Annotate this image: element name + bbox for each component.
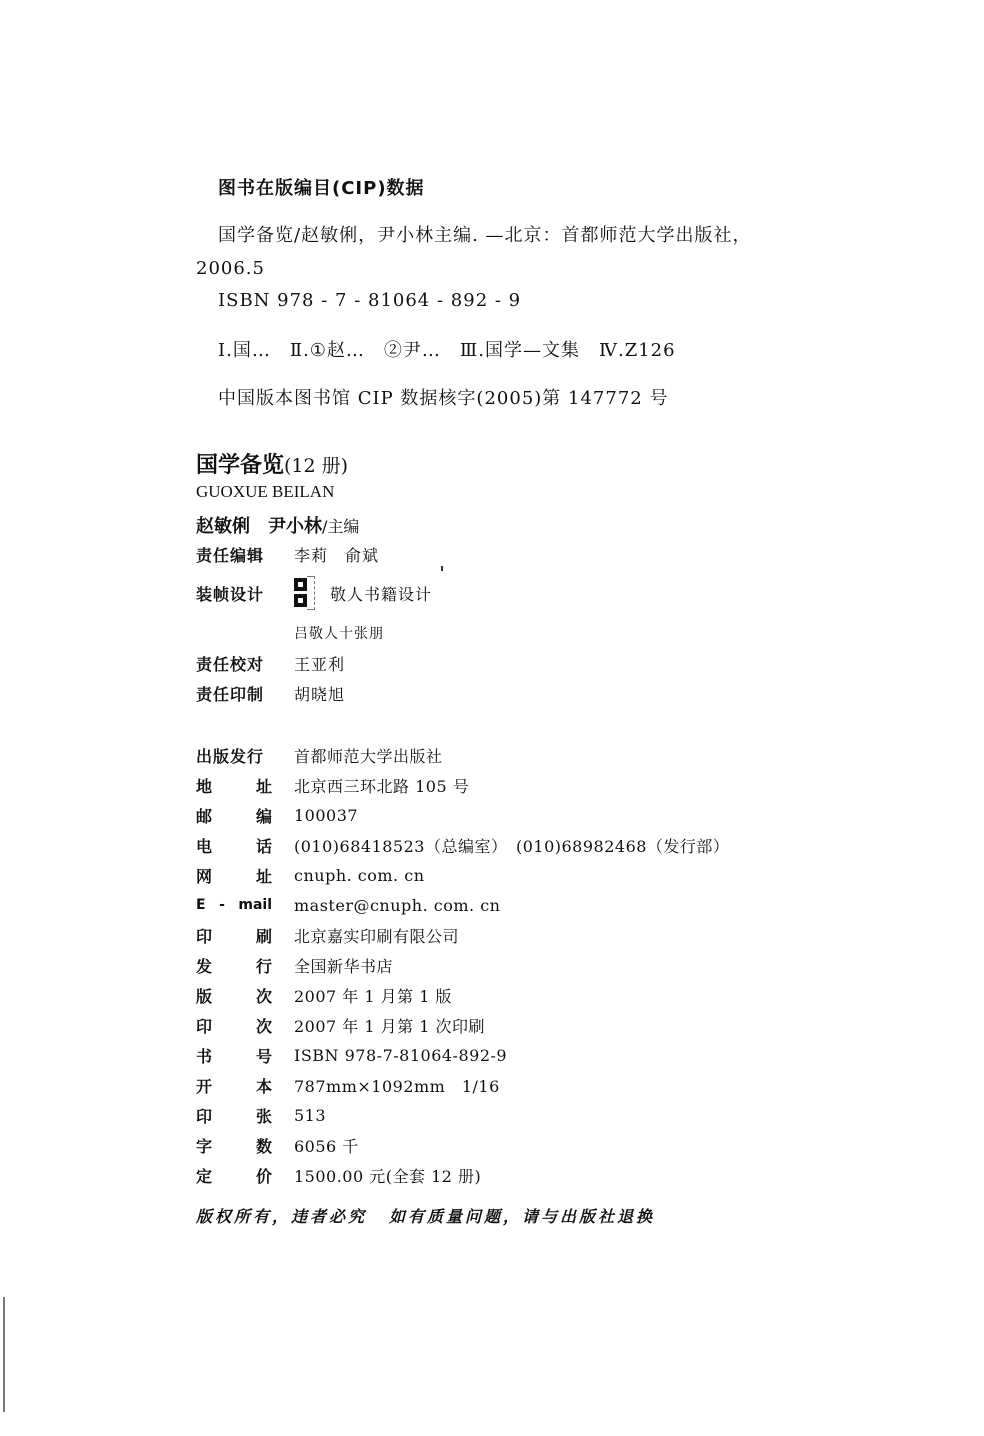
- design-studio-logo-icon: [294, 578, 316, 608]
- pub-value: 2007 年 1 月第 1 次印刷: [294, 1014, 485, 1037]
- cip-subjects: Ⅰ.国… Ⅱ.①赵… ②尹… Ⅲ.国学—文集 Ⅳ.Z126: [218, 336, 676, 362]
- pub-label-char: 号: [256, 1044, 272, 1067]
- pub-value: 1500.00 元(全套 12 册): [294, 1164, 481, 1187]
- editor-role: /主编: [322, 517, 359, 536]
- book-editors: 赵敏俐 尹小林/主编: [196, 512, 359, 538]
- book-title: 国学备览(12 册): [196, 448, 348, 479]
- pub-label: 邮编: [196, 804, 294, 827]
- publication-info-table: 出版发行 首都师范大学出版社 地址 北京西三环北路 105 号 邮编 10003…: [196, 740, 729, 1190]
- pub-label-text: 出版发行: [196, 744, 264, 767]
- pub-label-char: 地: [196, 774, 212, 797]
- pub-label: 印刷: [196, 924, 294, 947]
- pub-value: 100037: [294, 806, 358, 825]
- pub-label-char: 次: [256, 984, 272, 1007]
- pub-value: 首都师范大学出版社: [294, 744, 443, 767]
- pub-row-email: E-mail master@cnuph. com. cn: [196, 890, 729, 920]
- book-pinyin: GUOXUE BEILAN: [196, 482, 334, 502]
- scan-edge-line: [3, 1297, 5, 1412]
- pub-label-char: E: [196, 897, 206, 913]
- credit-label: 装帧设计: [196, 582, 294, 605]
- pub-label-char: 字: [196, 1134, 212, 1157]
- pub-label: 印张: [196, 1104, 294, 1127]
- pub-label-char: 行: [256, 954, 272, 977]
- book-title-text: 国学备览: [196, 452, 284, 478]
- print-speck: [441, 566, 443, 571]
- editor-names: 赵敏俐 尹小林: [196, 516, 322, 537]
- pub-label: 发行: [196, 954, 294, 977]
- pub-label-char: 电: [196, 834, 212, 857]
- pub-label-char: 刷: [256, 924, 272, 947]
- pub-label-char: 发: [196, 954, 212, 977]
- pub-row-format: 开本 787mm×1092mm 1/16: [196, 1070, 729, 1100]
- pub-label-char: 版: [196, 984, 212, 1007]
- pub-label-char: 定: [196, 1164, 212, 1187]
- credit-row-print-supervisor: 责任印制 胡晓旭: [196, 682, 345, 705]
- pub-row-distributor: 发行 全国新华书店: [196, 950, 729, 980]
- pub-label-char: 张: [256, 1104, 272, 1127]
- pub-row-publisher: 出版发行 首都师范大学出版社: [196, 740, 729, 770]
- cip-entry-line1: 国学备览/赵敏俐，尹小林主编. —北京：首都师范大学出版社，: [218, 221, 752, 247]
- copyright-page: 图书在版编目(CIP)数据 国学备览/赵敏俐，尹小林主编. —北京：首都师范大学…: [0, 0, 984, 1436]
- pub-value: 北京嘉实印刷有限公司: [294, 924, 459, 947]
- pub-label: 开本: [196, 1074, 294, 1097]
- credit-label: 责任印制: [196, 682, 294, 705]
- pub-label-char: mail: [238, 897, 272, 913]
- pub-label: 网址: [196, 864, 294, 887]
- pub-row-printing: 印次 2007 年 1 月第 1 次印刷: [196, 1010, 729, 1040]
- pub-value: 513: [294, 1106, 326, 1125]
- pub-row-edition: 版次 2007 年 1 月第 1 版: [196, 980, 729, 1010]
- pub-row-price: 定价 1500.00 元(全套 12 册): [196, 1160, 729, 1190]
- credit-value: 胡晓旭: [294, 682, 345, 705]
- pub-value: cnuph. com. cn: [294, 866, 425, 885]
- pub-label: 字数: [196, 1134, 294, 1157]
- pub-label-char: 本: [256, 1074, 272, 1097]
- cip-verification: 中国版本图书馆 CIP 数据核字(2005)第 147772 号: [218, 384, 668, 410]
- credit-label: 责任编辑: [196, 543, 294, 566]
- pub-label: 地址: [196, 774, 294, 797]
- credit-label: 责任校对: [196, 652, 294, 675]
- pub-value: 787mm×1092mm 1/16: [294, 1074, 500, 1097]
- credit-row-proofreader: 责任校对 王亚利: [196, 652, 345, 675]
- pub-value: (010)68418523（总编室） (010)68982468（发行部）: [294, 834, 729, 857]
- pub-label: 印次: [196, 1014, 294, 1037]
- pub-label-char: 数: [256, 1134, 272, 1157]
- pub-label-char: 邮: [196, 804, 212, 827]
- credit-value: 王亚利: [294, 652, 345, 675]
- pub-label: 版次: [196, 984, 294, 1007]
- pub-value: ISBN 978-7-81064-892-9: [294, 1046, 507, 1065]
- pub-label-char: 书: [196, 1044, 212, 1067]
- pub-label-char: 印: [196, 1104, 212, 1127]
- pub-row-address: 地址 北京西三环北路 105 号: [196, 770, 729, 800]
- pub-value: 6056 千: [294, 1134, 359, 1157]
- credit-row-designers: 吕敬人十张朋: [294, 623, 384, 643]
- credit-row-editor-in-charge: 责任编辑 李莉 俞斌: [196, 543, 379, 566]
- pub-row-word-count: 字数 6056 千: [196, 1130, 729, 1160]
- pub-row-isbn: 书号 ISBN 978-7-81064-892-9: [196, 1040, 729, 1070]
- pub-row-printer: 印刷 北京嘉实印刷有限公司: [196, 920, 729, 950]
- pub-value: master@cnuph. com. cn: [294, 896, 500, 915]
- credit-value: 李莉 俞斌: [294, 543, 379, 566]
- credit-row-cover-design: 装帧设计 敬人书籍设计: [196, 578, 432, 608]
- pub-label: E-mail: [196, 897, 294, 913]
- pub-label-char: 印: [196, 924, 212, 947]
- copyright-notice-rights: 版权所有，违者必究: [196, 1207, 367, 1226]
- pub-label-char: 开: [196, 1074, 212, 1097]
- pub-label: 电话: [196, 834, 294, 857]
- pub-row-postcode: 邮编 100037: [196, 800, 729, 830]
- pub-label-char: 址: [256, 774, 272, 797]
- pub-label: 出版发行: [196, 744, 294, 767]
- pub-label-char: 次: [256, 1014, 272, 1037]
- pub-label-char: 址: [256, 864, 272, 887]
- cip-entry-line2: 2006.5: [196, 258, 265, 279]
- pub-label: 定价: [196, 1164, 294, 1187]
- credit-value: 吕敬人十张朋: [294, 623, 384, 643]
- copyright-notice-defects: 如有质量问题，请与出版社退换: [389, 1207, 655, 1226]
- pub-label-char: 话: [256, 834, 272, 857]
- pub-value: 全国新华书店: [294, 954, 393, 977]
- pub-value: 北京西三环北路 105 号: [294, 774, 469, 797]
- pub-value: 2007 年 1 月第 1 版: [294, 984, 452, 1007]
- copyright-notice: 版权所有，违者必究如有质量问题，请与出版社退换: [196, 1204, 655, 1227]
- pub-label: 书号: [196, 1044, 294, 1067]
- cip-title: 图书在版编目(CIP)数据: [218, 174, 425, 200]
- book-volumes: (12 册): [284, 455, 348, 477]
- cip-isbn: ISBN 978 - 7 - 81064 - 892 - 9: [218, 290, 521, 311]
- pub-label-char: 印: [196, 1014, 212, 1037]
- pub-label-char: -: [219, 897, 225, 913]
- pub-row-website: 网址 cnuph. com. cn: [196, 860, 729, 890]
- pub-row-phone: 电话 (010)68418523（总编室） (010)68982468（发行部）: [196, 830, 729, 860]
- pub-label-char: 价: [256, 1164, 272, 1187]
- pub-label-char: 编: [256, 804, 272, 827]
- pub-row-sheets: 印张 513: [196, 1100, 729, 1130]
- pub-label-char: 网: [196, 864, 212, 887]
- credit-value: 敬人书籍设计: [330, 582, 432, 605]
